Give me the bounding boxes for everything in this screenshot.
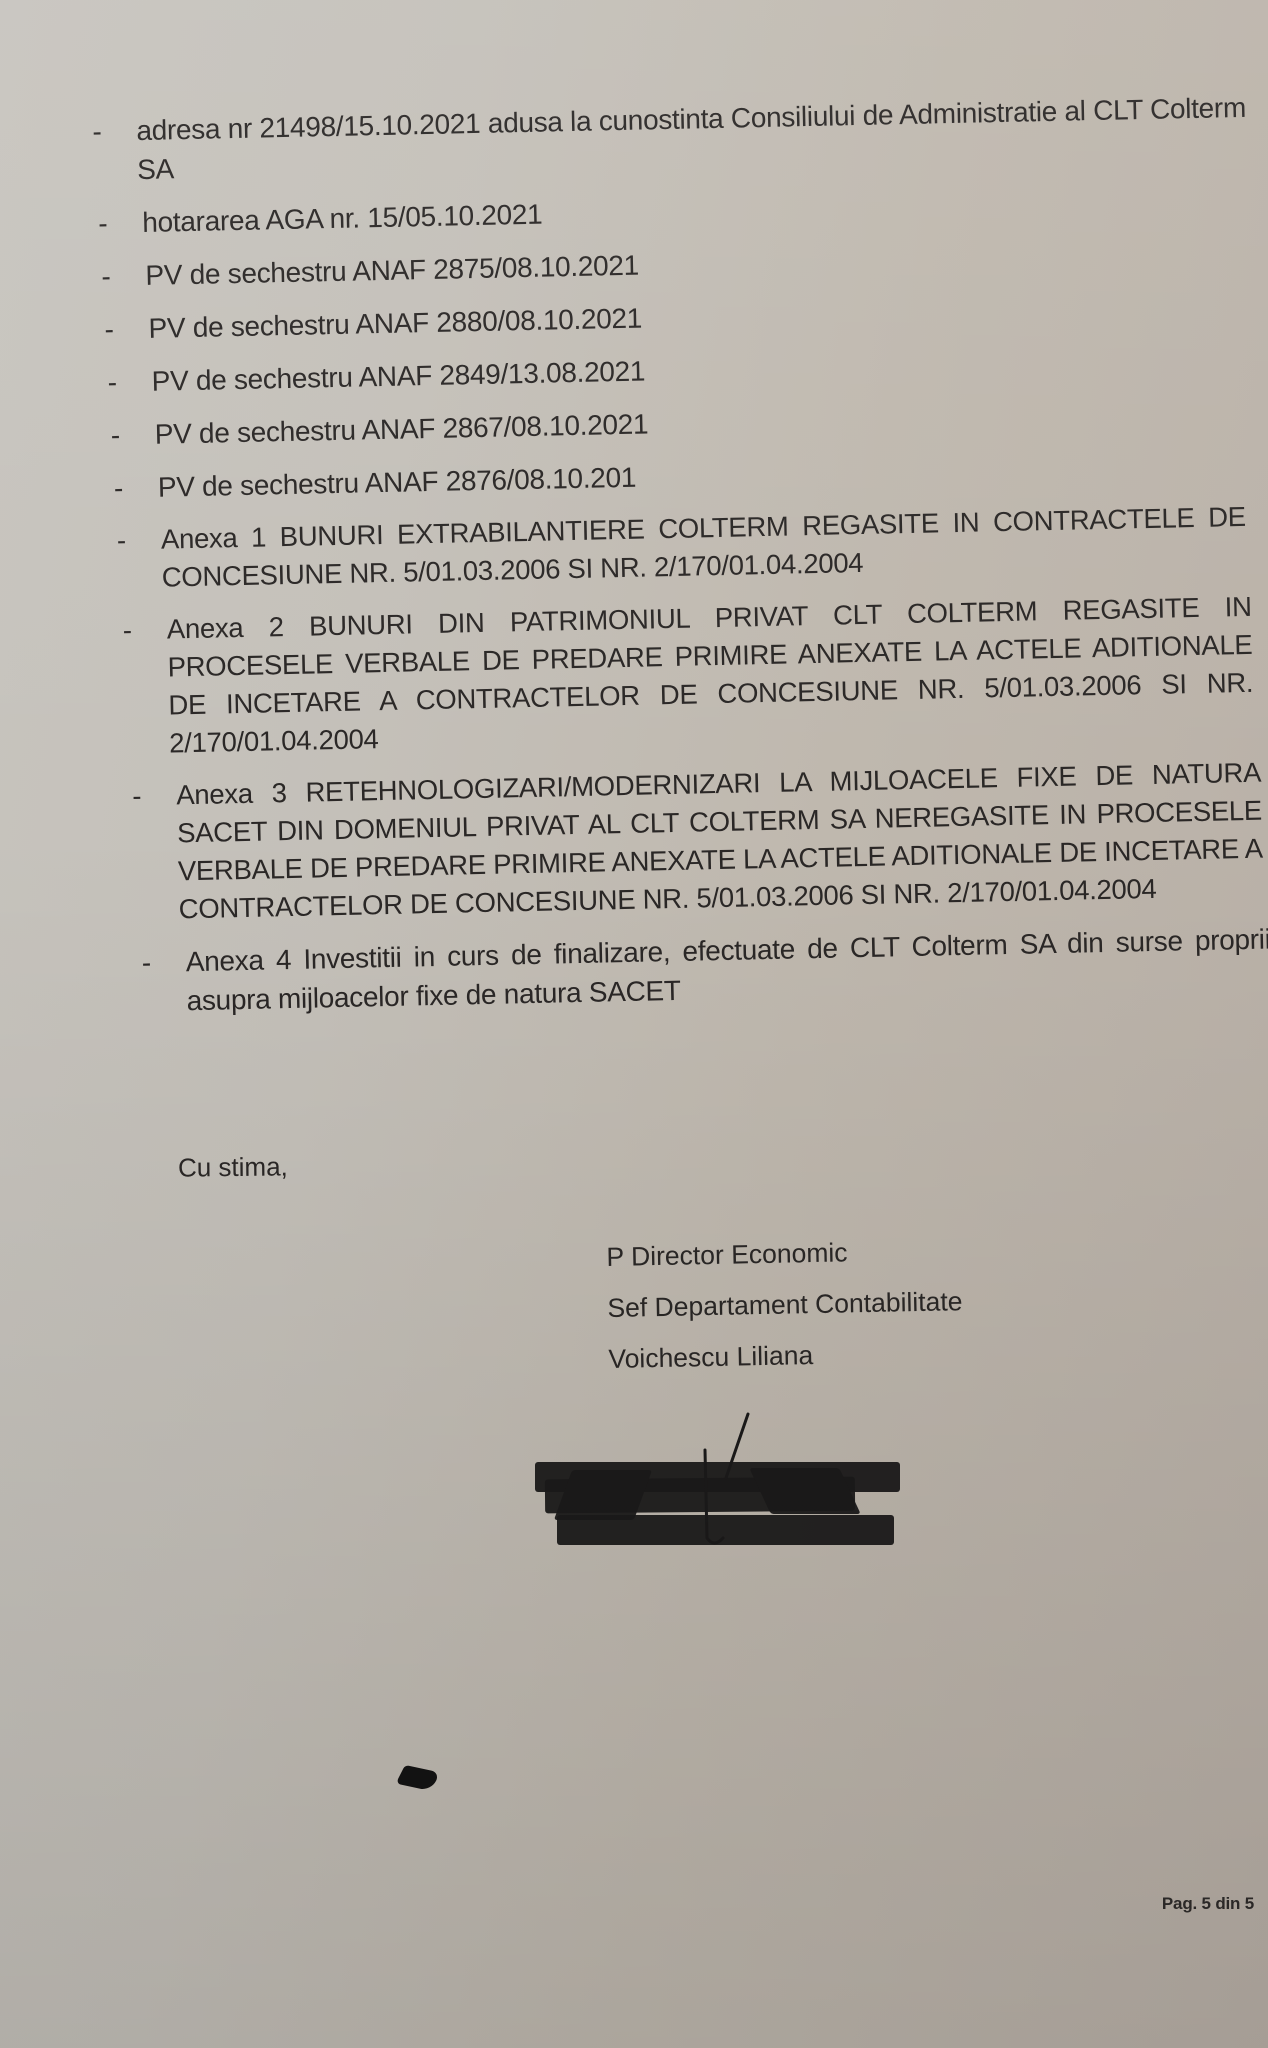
bullet-dash: - [132,777,153,815]
bullet-dash: - [117,521,138,559]
bullet-dash: - [107,362,128,401]
document-page: - adresa nr 21498/15.10.2021 adusa la cu… [0,0,1268,2048]
bullet-dash: - [101,256,122,295]
ink-blot [396,1765,441,1791]
list-item: - Anexa 2 BUNURI DIN PATRIMONIUL PRIVAT … [122,588,1254,764]
enclosures-list: - adresa nr 21498/15.10.2021 adusa la cu… [92,88,1241,1035]
list-item: - PV de sechestru ANAF 2867/08.10.2021 [110,392,1229,454]
list-item-text: PV de sechestru ANAF 2880/08.10.2021 [148,286,1227,348]
closing-salutation: Cu stima, [178,1151,288,1183]
list-item: - PV de sechestru ANAF 2875/08.10.2021 [101,233,1226,296]
bullet-dash: - [122,611,143,649]
list-item-text: PV de sechestru ANAF 2849/13.08.2021 [151,339,1228,401]
signature-block: P Director Economic Sef Departament Cont… [606,1225,964,1385]
bullet-dash: - [92,112,113,151]
list-item-text: Anexa 2 BUNURI DIN PATRIMONIUL PRIVAT CL… [166,588,1254,763]
signatory-department: Sef Departament Contabilitate [607,1276,963,1334]
list-item: - PV de sechestru ANAF 2880/08.10.2021 [104,286,1227,348]
bullet-dash: - [110,415,131,454]
list-item-text: hotararea AGA nr. 15/05.10.2021 [142,180,1225,242]
list-item: - PV de sechestru ANAF 2849/13.08.2021 [107,339,1228,401]
list-item: - hotararea AGA nr. 15/05.10.2021 [98,180,1225,243]
signatory-name: Voichescu Liliana [608,1327,964,1385]
page-number: Pag. 5 din 5 [1162,1894,1254,1914]
list-item: - adresa nr 21498/15.10.2021 adusa la cu… [92,88,1257,190]
bullet-dash: - [104,309,125,348]
list-item-text: PV de sechestru ANAF 2867/08.10.2021 [154,392,1229,453]
signatory-title: P Director Economic [606,1225,962,1283]
list-item: - Anexa 4 Investitii in curs de finaliza… [141,920,1268,1022]
list-item-text: PV de sechestru ANAF 2876/08.10.201 [157,445,1230,506]
list-item: - Anexa 1 BUNURI EXTRABILANTIERE COLTERM… [117,498,1247,598]
bullet-dash: - [141,943,162,982]
list-item-text: Anexa 3 RETEHNOLOGIZARI/MODERNIZARI LA M… [176,754,1264,929]
bullet-dash: - [113,468,134,507]
signature-stroke-icon [690,1408,760,1548]
list-item: - Anexa 3 RETEHNOLOGIZARI/MODERNIZARI LA… [132,754,1264,930]
list-item-text: Anexa 1 BUNURI EXTRABILANTIERE COLTERM R… [161,498,1247,597]
bullet-dash: - [98,203,119,242]
list-item-text: PV de sechestru ANAF 2875/08.10.2021 [145,233,1226,295]
list-item-text: Anexa 4 Investitii in curs de finalizare… [185,920,1268,1021]
list-item: - PV de sechestru ANAF 2876/08.10.201 [113,445,1230,507]
list-item-text: adresa nr 21498/15.10.2021 adusa la cuno… [136,88,1257,189]
